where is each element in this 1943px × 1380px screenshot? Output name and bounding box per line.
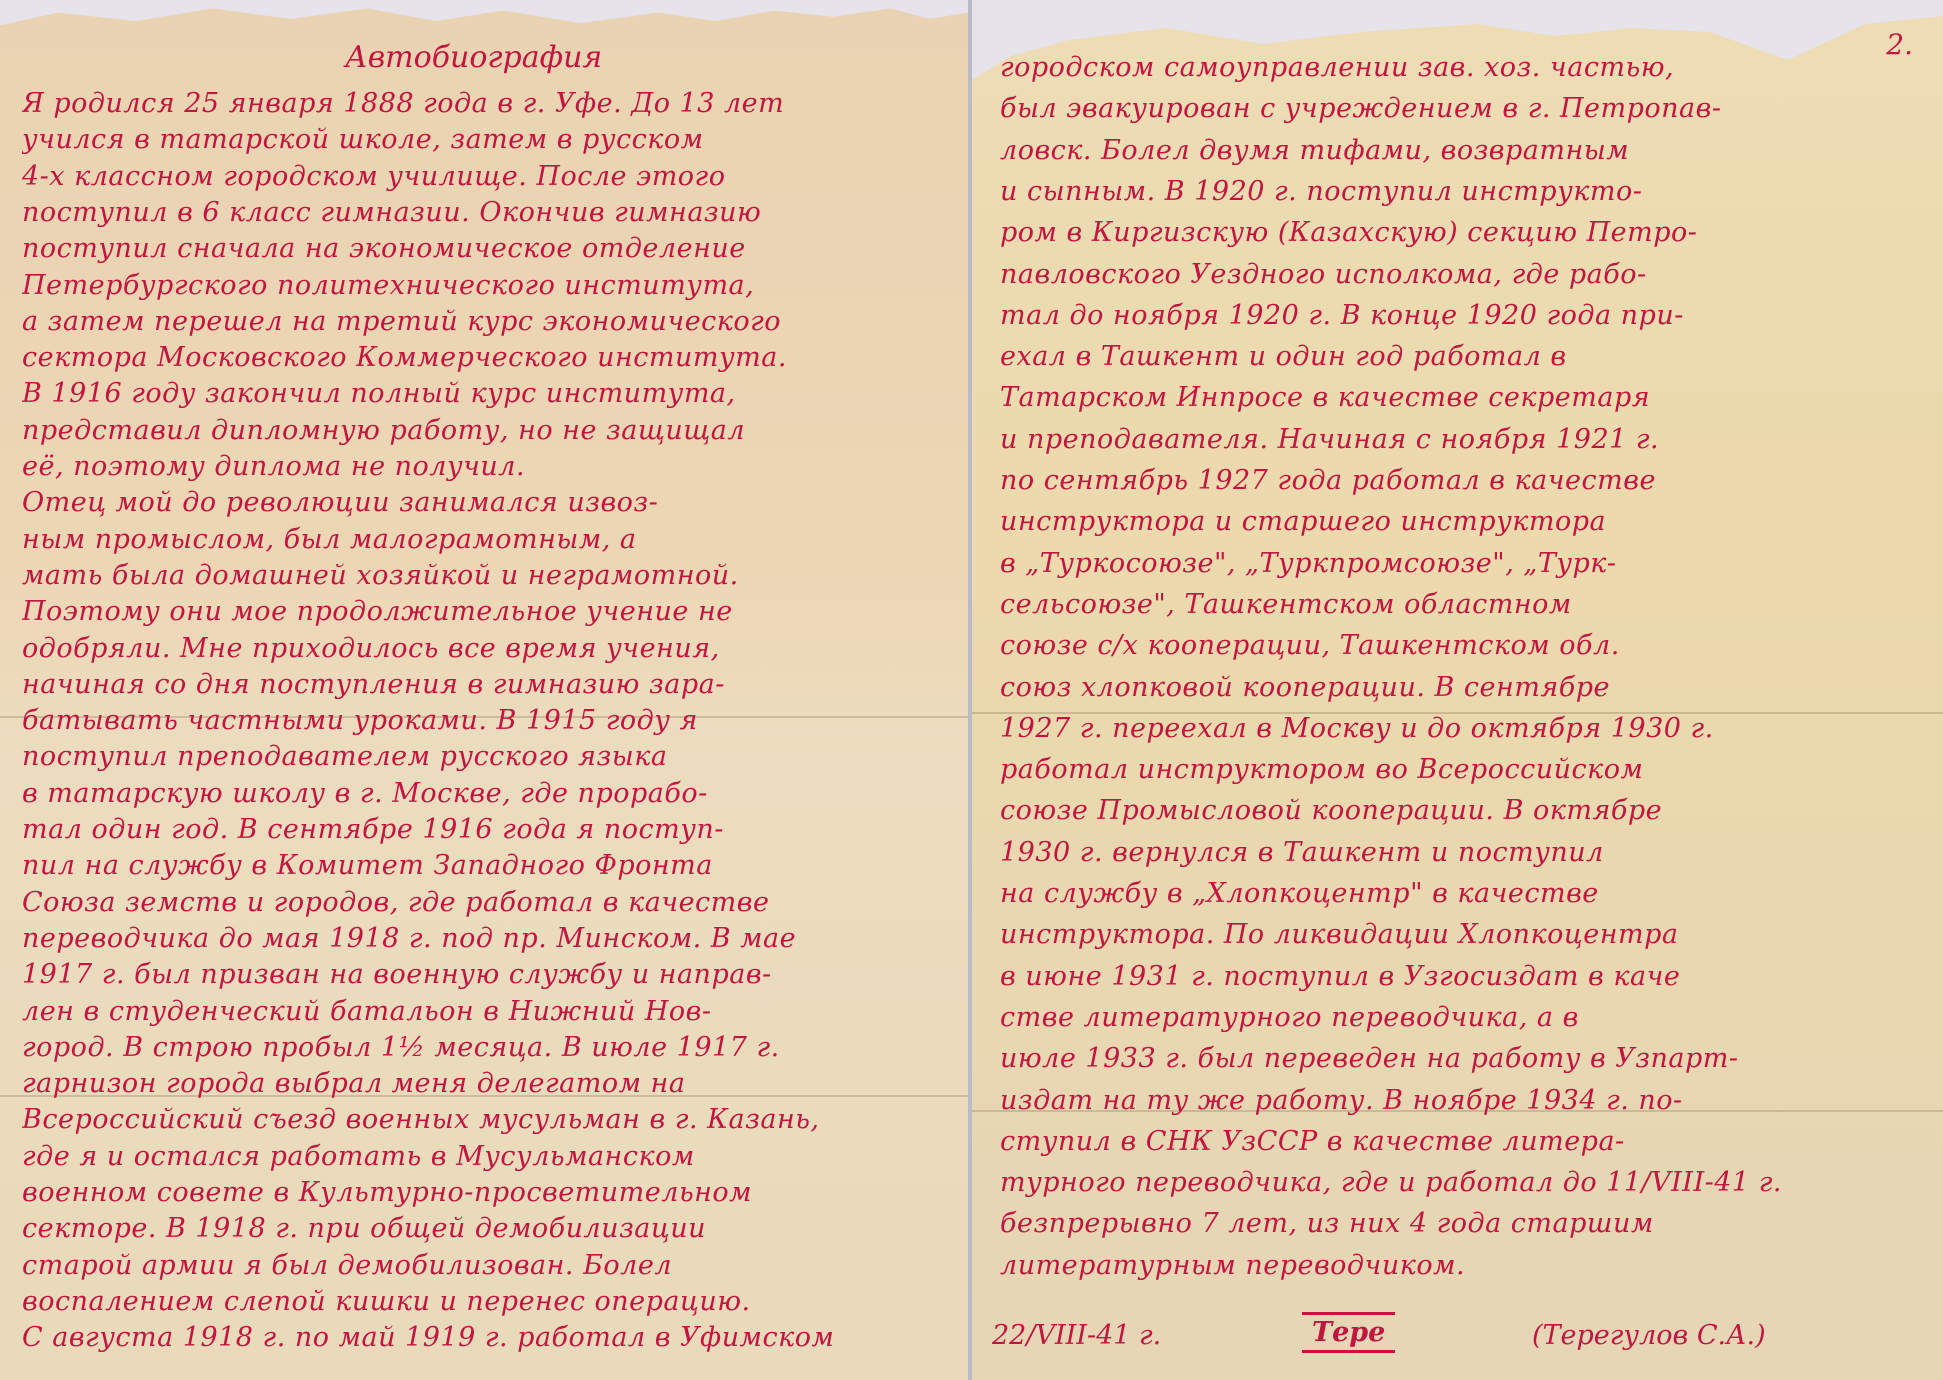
text-line: турного переводчика, где и работал до 11… <box>1000 1167 1920 1198</box>
text-line: июле 1933 г. был переведен на работу в У… <box>1000 1043 1920 1074</box>
text-line: гарнизон города выбрал меня делегатом на <box>22 1068 952 1099</box>
text-line: Я родился 25 января 1888 года в г. Уфе. … <box>22 88 952 119</box>
text-line: ехал в Ташкент и один год работал в <box>1000 341 1920 372</box>
text-line: батывать частными уроками. В 1915 году я <box>22 705 952 736</box>
text-line: в июне 1931 г. поступил в Узгосиздат в к… <box>1000 961 1920 992</box>
text-line: Отец мой до революции занимался извоз- <box>22 487 952 518</box>
text-line: городском самоуправлении зав. хоз. часть… <box>1000 52 1920 83</box>
text-line: в „Туркосоюзе", „Туркпромсоюзе", „Турк- <box>1000 548 1920 579</box>
text-line: одобряли. Мне приходилось все время учен… <box>22 633 952 664</box>
text-line: поступил сначала на экономическое отделе… <box>22 233 952 264</box>
text-line: представил дипломную работу, но не защищ… <box>22 415 952 446</box>
text-line: лен в студенческий батальон в Нижний Нов… <box>22 996 952 1027</box>
text-line: переводчика до мая 1918 г. под пр. Минск… <box>22 923 952 954</box>
text-line: Поэтому они мое продолжительное учение н… <box>22 596 952 627</box>
text-line: союз хлопковой кооперации. В сентябре <box>1000 672 1920 703</box>
signature-date: 22/VIII-41 г. <box>992 1320 1161 1351</box>
text-line: поступил в 6 класс гимназии. Окончив гим… <box>22 197 952 228</box>
text-line: С августа 1918 г. по май 1919 г. работал… <box>22 1322 952 1353</box>
text-line: 1930 г. вернулся в Ташкент и поступил <box>1000 837 1920 868</box>
text-line: Всероссийский съезд военных мусульман в … <box>22 1104 952 1135</box>
text-line: литературным переводчиком. <box>1000 1250 1920 1281</box>
text-line: тал до ноября 1920 г. В конце 1920 года … <box>1000 300 1920 331</box>
text-line: тал один год. В сентябре 1916 года я пос… <box>22 814 952 845</box>
text-line: союзе Промысловой кооперации. В октябре <box>1000 795 1920 826</box>
text-line: 1917 г. был призван на военную службу и … <box>22 959 952 990</box>
text-line: секторе. В 1918 г. при общей демобилизац… <box>22 1213 952 1244</box>
text-line: безпрерывно 7 лет, из них 4 года старшим <box>1000 1208 1920 1239</box>
text-line: военном совете в Культурно-просветительн… <box>22 1177 952 1208</box>
text-line: старой армии я был демобилизован. Болел <box>22 1250 952 1281</box>
text-line: был эвакуирован с учреждением в г. Петро… <box>1000 93 1920 124</box>
text-line: мать была домашней хозяйкой и неграмотно… <box>22 560 952 591</box>
text-line: стве литературного переводчика, а в <box>1000 1002 1920 1033</box>
text-line: 1927 г. переехал в Москву и до октября 1… <box>1000 713 1920 744</box>
text-line: воспалением слепой кишки и перенес опера… <box>22 1286 952 1317</box>
text-line: ступил в СНК УзССР в качестве литера- <box>1000 1126 1920 1157</box>
signature: Тере <box>1302 1312 1395 1353</box>
document-page-1: Автобиография Я родился 25 января 1888 г… <box>0 0 968 1380</box>
text-line: сектора Московского Коммерческого инстит… <box>22 342 952 373</box>
text-line: где я и остался работать в Мусульманском <box>22 1141 952 1172</box>
text-line: на службу в „Хлопкоцентр" в качестве <box>1000 878 1920 909</box>
text-line: Петербургского политехнического институт… <box>22 270 952 301</box>
text-line: и сыпным. В 1920 г. поступил инструкто- <box>1000 176 1920 207</box>
text-line: союзе с/х кооперации, Ташкентском обл. <box>1000 630 1920 661</box>
text-line: город. В строю пробыл 1½ месяца. В июле … <box>22 1032 952 1063</box>
text-line: ловск. Болел двумя тифами, возвратным <box>1000 135 1920 166</box>
text-line: В 1916 году закончил полный курс институ… <box>22 378 952 409</box>
text-line: издат на ту же работу. В ноябре 1934 г. … <box>1000 1085 1920 1116</box>
text-line: пил на службу в Комитет Западного Фронта <box>22 850 952 881</box>
document-page-2: 2. городском самоуправлении зав. хоз. ча… <box>972 0 1943 1380</box>
text-line: 4-х классном городском училище. После эт… <box>22 161 952 192</box>
text-line: учился в татарской школе, затем в русско… <box>22 124 952 155</box>
torn-edge <box>0 0 968 42</box>
text-line: инструктора. По ликвидации Хлопкоцентра <box>1000 919 1920 950</box>
text-line: работал инструктором во Всероссийском <box>1000 754 1920 785</box>
text-line: и преподавателя. Начиная с ноября 1921 г… <box>1000 424 1920 455</box>
text-line: по сентябрь 1927 года работал в качестве <box>1000 465 1920 496</box>
text-line: Союза земств и городов, где работал в ка… <box>22 887 952 918</box>
text-line: начиная со дня поступления в гимназию за… <box>22 669 952 700</box>
signatory-name: (Терегулов С.А.) <box>1532 1320 1766 1351</box>
document-title: Автобиография <box>345 40 602 75</box>
text-line: а затем перешел на третий курс экономиче… <box>22 306 952 337</box>
text-line: её, поэтому диплома не получил. <box>22 451 952 482</box>
text-line: поступил преподавателем русского языка <box>22 741 952 772</box>
text-line: ром в Киргизскую (Казахскую) секцию Петр… <box>1000 217 1920 248</box>
text-line: сельсоюзе", Ташкентском областном <box>1000 589 1920 620</box>
text-line: Татарском Инпросе в качестве секретаря <box>1000 382 1920 413</box>
text-line: в татарскую школу в г. Москве, где прора… <box>22 778 952 809</box>
text-line: павловского Уездного исполкома, где рабо… <box>1000 259 1920 290</box>
text-line: инструктора и старшего инструктора <box>1000 506 1920 537</box>
text-line: ным промыслом, был малограмотным, а <box>22 524 952 555</box>
